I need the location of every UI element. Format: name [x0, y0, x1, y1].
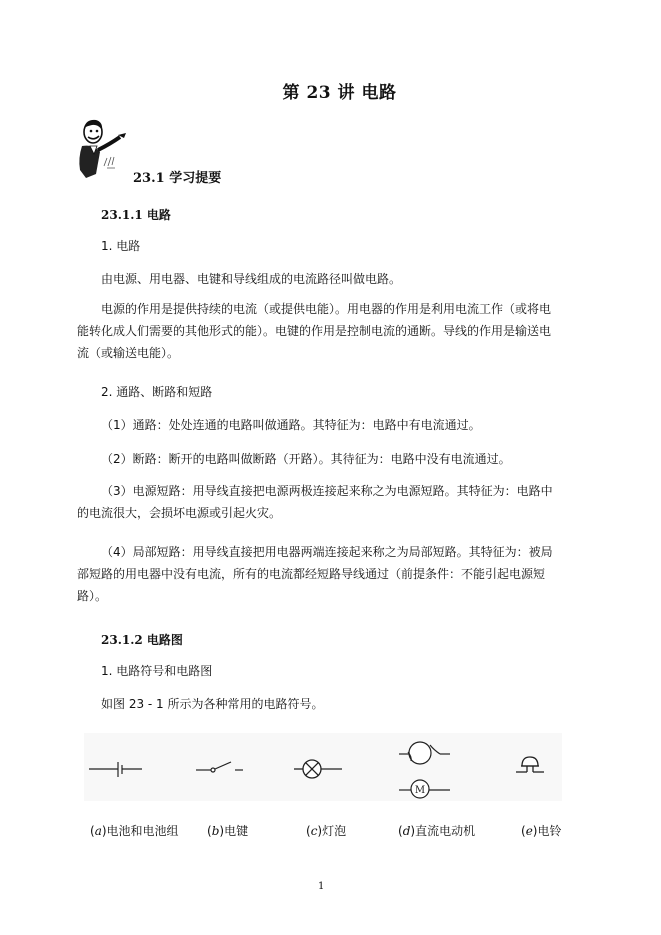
section-heading: 23.1 学习提要: [133, 167, 221, 186]
state-closed-circuit: （1）通路：处处连通的电路叫做通路。其特征为：电路中有电流通过。: [101, 419, 481, 432]
page-number: 1: [318, 881, 324, 892]
caption-bell: (e)电铃: [521, 822, 562, 839]
caption-lamp: (c)灯泡: [306, 822, 346, 839]
item-label-circuit-symbols: 1. 电路符号和电路图: [101, 665, 212, 678]
motor-mark: M: [415, 785, 425, 796]
state-open-circuit: （2）断路：断开的电路叫做断路（开路）。其待征为：电路中没有电流通过。: [101, 453, 511, 466]
subsection-heading-circuit-diagram: 23.1.2 电路图: [101, 631, 183, 648]
pointing-man-icon: [74, 118, 130, 180]
state-partial-short-circuit: （4）局部短路：用导线直接把用电器两端连接起来称之为局部短路。其特征为：被局部短…: [77, 541, 559, 607]
page-title: 第 23 讲 电路: [0, 78, 661, 103]
figure-intro: 如图 23 - 1 所示为各种常用的电路符号。: [101, 698, 324, 711]
battery-symbol-icon: [89, 762, 142, 777]
caption-dc-motor: (d)直流电动机: [398, 822, 475, 839]
item-label-circuit: 1. 电路: [101, 240, 140, 253]
state-source-short-circuit: （3）电源短路：用导线直接把电源两极连接起来称之为电源短路。其特征为：电路中的电…: [77, 480, 559, 524]
bell-symbol-icon: [516, 757, 544, 772]
subsection-heading-circuit: 23.1.1 电路: [101, 206, 171, 223]
caption-battery: (a)电池和电池组: [90, 822, 179, 839]
circuit-symbols-figure: M: [84, 733, 562, 801]
caption-switch: (b)电键: [207, 822, 248, 839]
switch-symbol-icon: [196, 762, 243, 772]
component-roles-paragraph: 电源的作用是提供持续的电流（或提供电能）。用电器的作用是利用电流工作（或将电能转…: [77, 298, 559, 364]
circuit-definition: 由电源、用电器、电键和导线组成的电流路径叫做电路。: [101, 273, 401, 286]
item-label-circuit-states: 2. 通路、断路和短路: [101, 386, 212, 399]
lamp-symbol-icon: [294, 760, 342, 778]
